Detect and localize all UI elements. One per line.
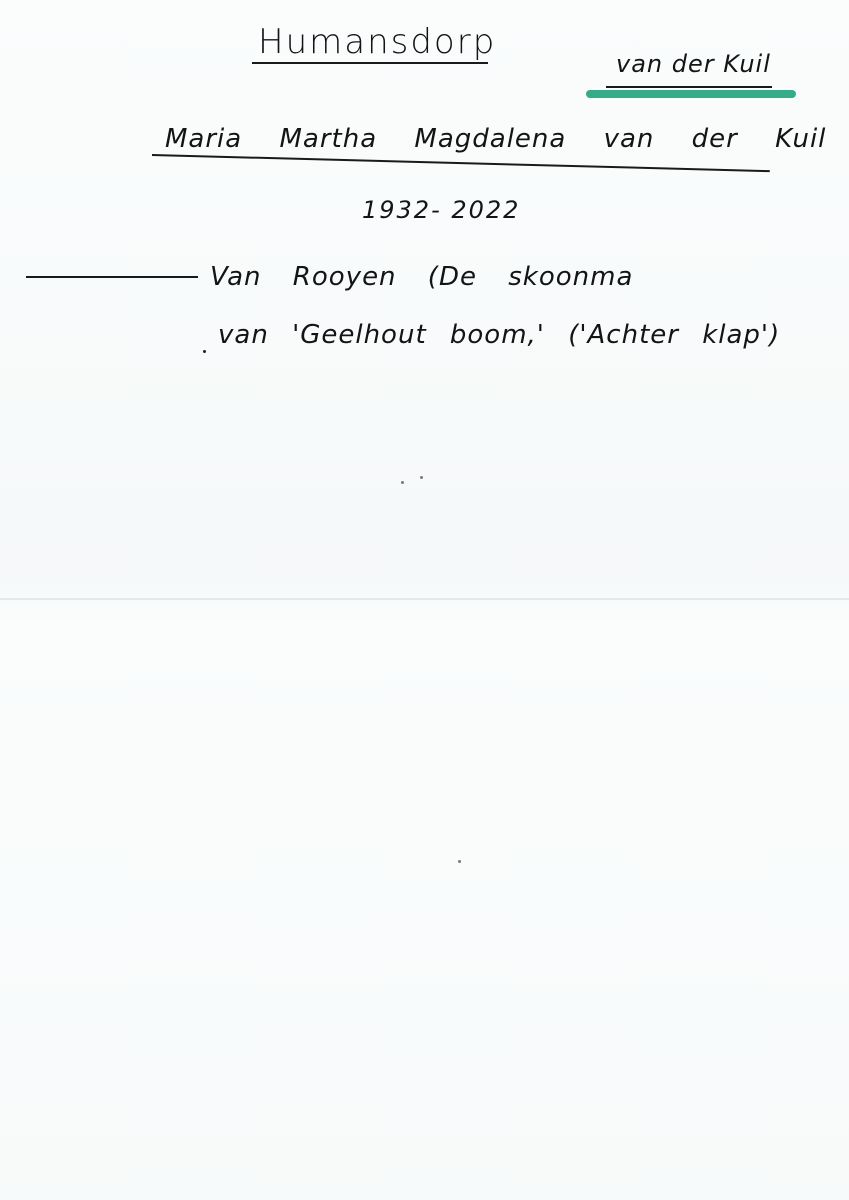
note-line-2: van 'Geelhout boom,' ('Achter klap') xyxy=(218,320,780,350)
leading-dash-line xyxy=(26,276,198,278)
family-name-tag: van der Kuil xyxy=(616,50,771,78)
document-title: Humansdorp xyxy=(258,22,496,62)
full-name-underline xyxy=(152,154,770,172)
paper-speck xyxy=(401,481,404,484)
paper-speck xyxy=(458,860,461,863)
paper-fold-line xyxy=(0,598,849,600)
family-tag-underline xyxy=(606,86,772,88)
full-name: Maria Martha Magdalena van der Kuil xyxy=(165,124,826,154)
life-dates: 1932- 2022 xyxy=(362,196,520,224)
title-underline xyxy=(252,62,488,64)
bullet-dot xyxy=(203,350,206,353)
green-highlighter-mark xyxy=(586,90,796,98)
paper-speck xyxy=(420,476,423,479)
note-line-1: Van Rooyen (De skoonma xyxy=(210,262,633,292)
paper-sheet: Humansdorp van der Kuil Maria Martha Mag… xyxy=(0,0,849,1200)
